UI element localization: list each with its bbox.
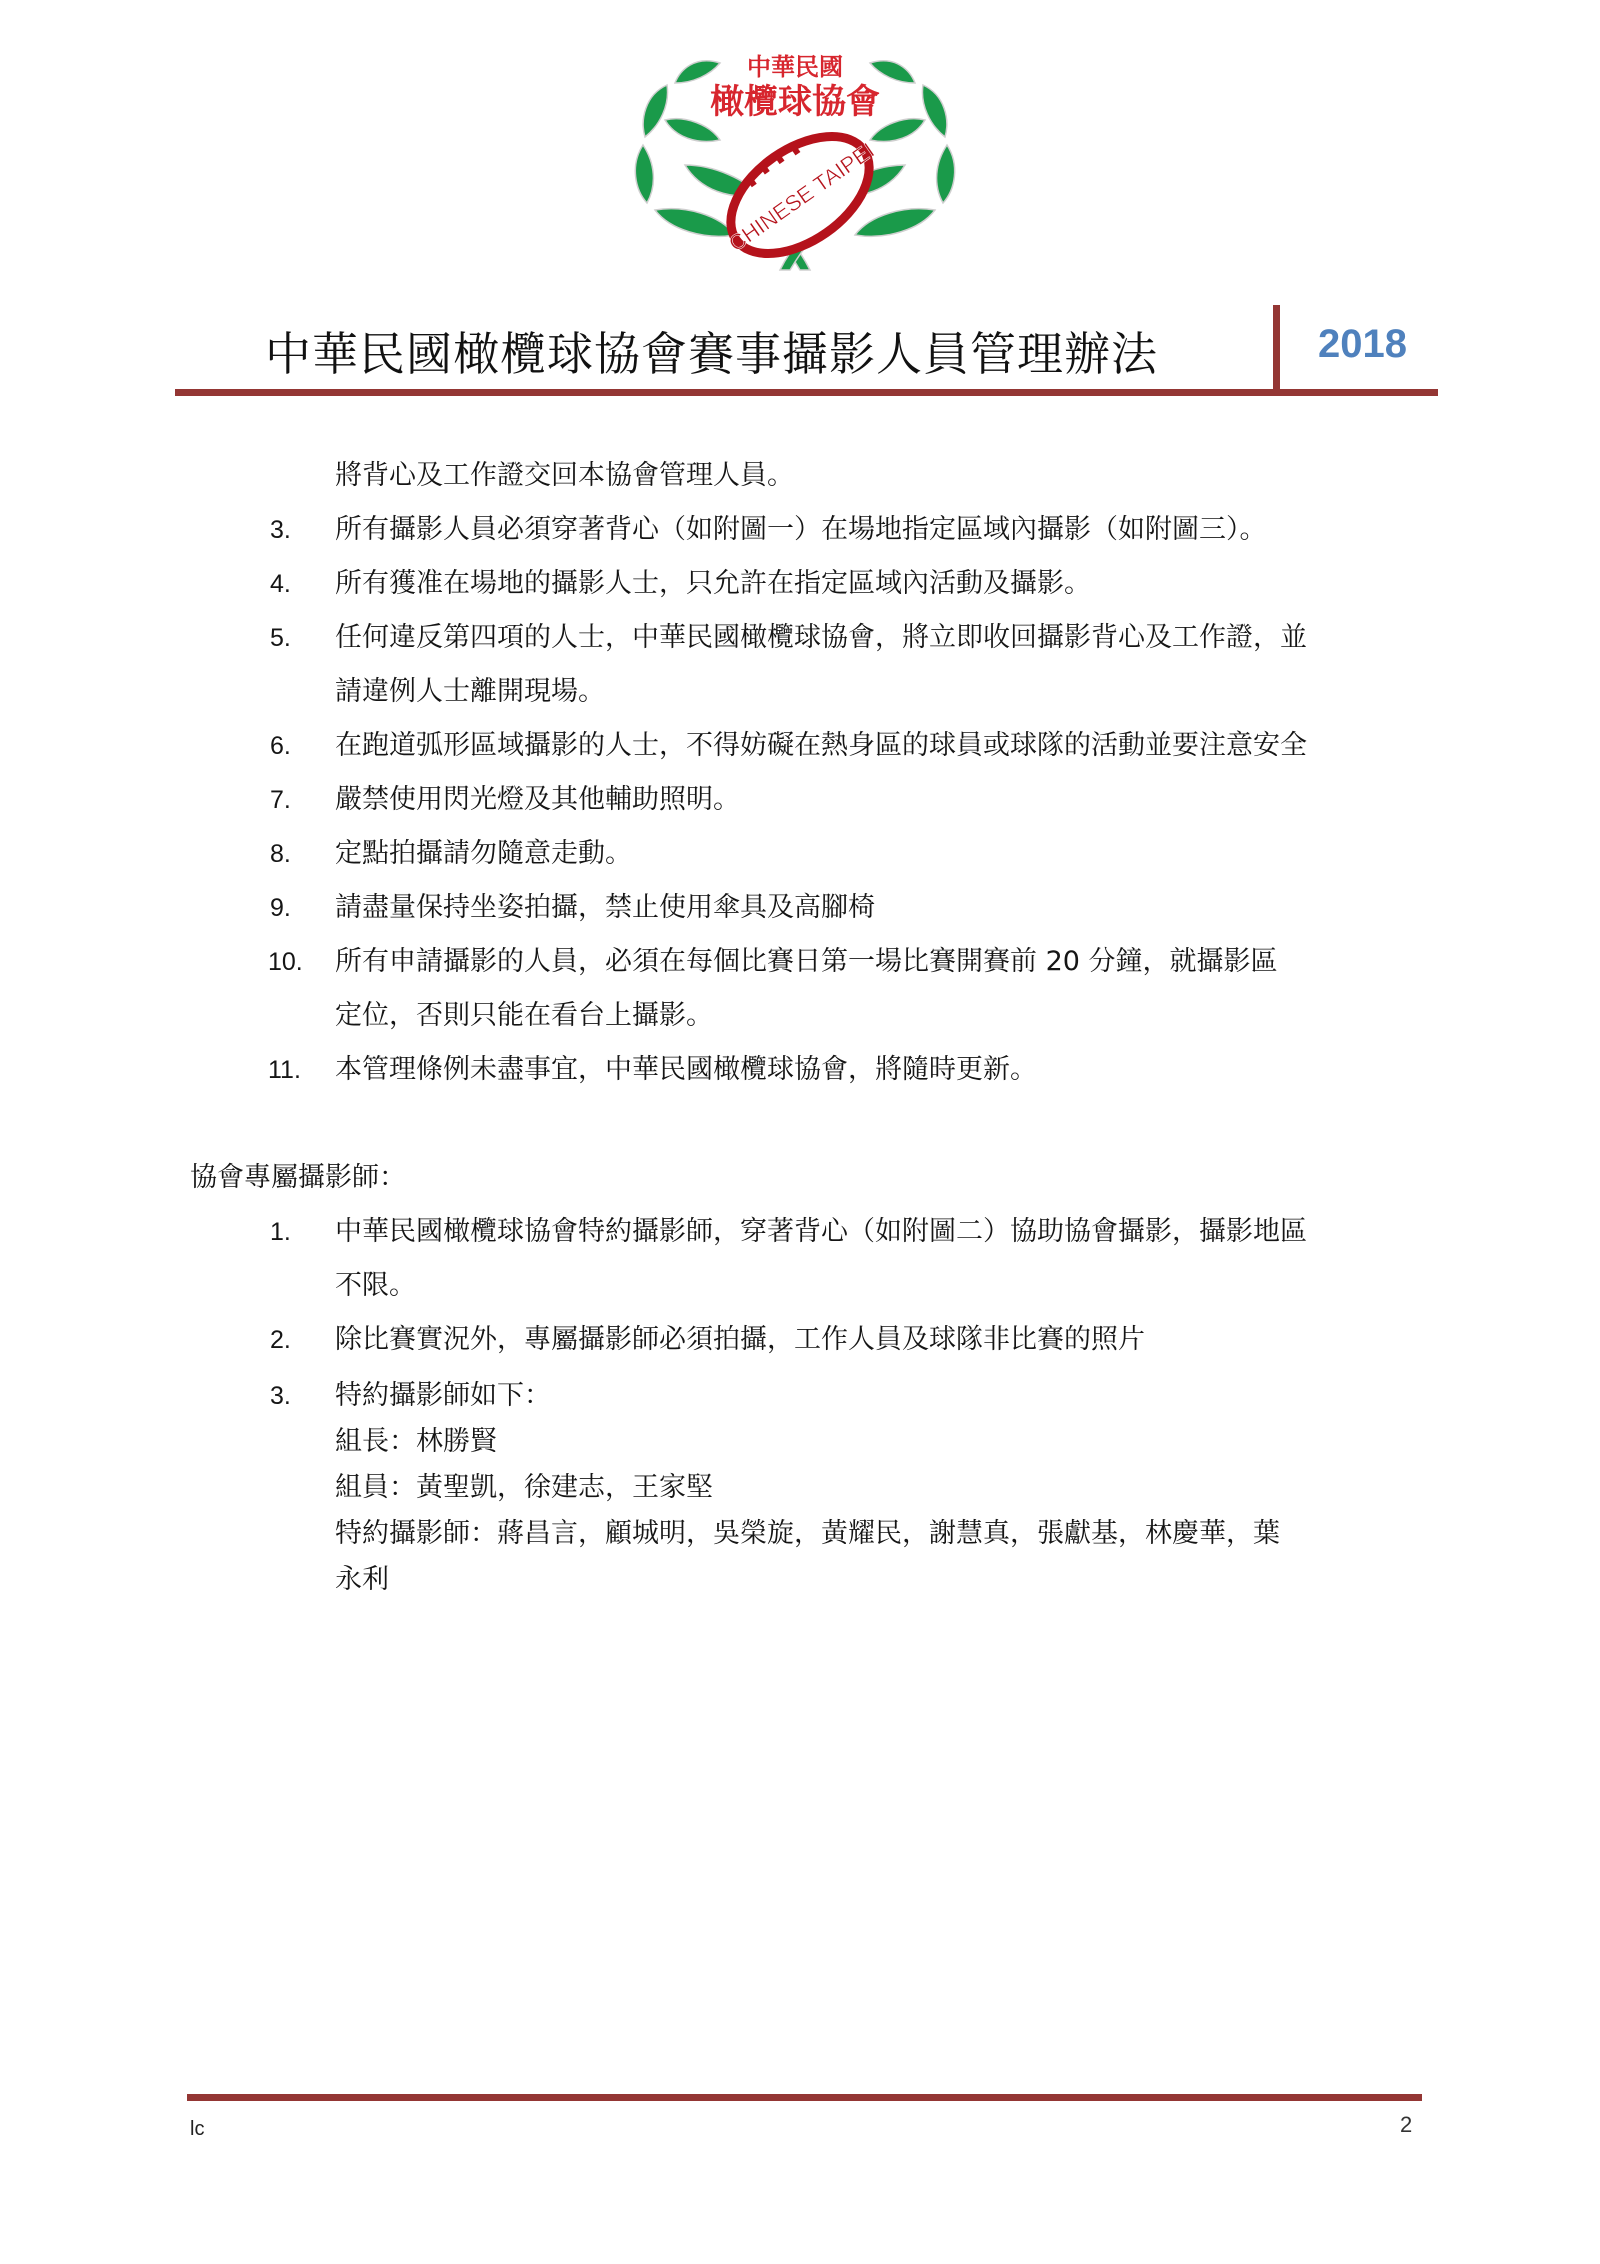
rule-number: 7. [270, 782, 291, 818]
rule-text: 定點拍攝請勿隨意走動。 [335, 836, 632, 872]
laurel-rugby-ball-icon: CHINESE TAIPEI 中華民國 橄欖球協會 [625, 45, 965, 275]
rule-text: 所有申請攝影的人員，必須在每個比賽日第一場比賽開賽前 20 分鐘，就攝影區 [335, 944, 1278, 980]
svg-text:橄欖球協會: 橄欖球協會 [710, 82, 880, 122]
header-divider [1273, 305, 1280, 395]
document-title: 中華民國橄欖球協會賽事攝影人員管理辦法 [265, 318, 1158, 384]
contract-photographers: 特約攝影師：蔣昌言，顧城明，吳榮旋，黃耀民，謝慧真，張獻基，林慶華，葉 [335, 1516, 1280, 1552]
header-rule [175, 389, 1438, 396]
svg-text:中華民國: 中華民國 [747, 53, 843, 81]
item-text: 不限。 [335, 1268, 416, 1304]
item-number: 2. [270, 1322, 291, 1358]
rule-continuation: 將背心及工作證交回本協會管理人員。 [335, 458, 794, 494]
rule-text: 定位，否則只能在看台上攝影。 [335, 998, 713, 1034]
rule-text: 本管理條例未盡事宜，中華民國橄欖球協會，將隨時更新。 [335, 1052, 1037, 1088]
association-logo: CHINESE TAIPEI 中華民國 橄欖球協會 [625, 45, 965, 275]
section-heading: 協會專屬攝影師： [190, 1160, 406, 1196]
team-leader: 組長：林勝賢 [335, 1424, 497, 1460]
rule-text: 請盡量保持坐姿拍攝，禁止使用傘具及高腳椅 [335, 890, 875, 926]
footer-label: lc [190, 2118, 204, 2141]
rule-number: 4. [270, 566, 291, 602]
page-number: 2 [1400, 2112, 1412, 2138]
rule-text: 請違例人士離開現場。 [335, 674, 605, 710]
rule-text: 所有攝影人員必須穿著背心（如附圖一）在場地指定區域內攝影（如附圖三）。 [335, 512, 1267, 548]
item-number: 3. [270, 1378, 291, 1414]
rule-number: 9. [270, 890, 291, 926]
item-text: 特約攝影師如下： [335, 1378, 551, 1414]
rule-text: 在跑道弧形區域攝影的人士，不得妨礙在熱身區的球員或球隊的活動並要注意安全 [335, 728, 1307, 764]
rule-text: 所有獲准在場地的攝影人士，只允許在指定區域內活動及攝影。 [335, 566, 1091, 602]
rule-text: 嚴禁使用閃光燈及其他輔助照明。 [335, 782, 740, 818]
rule-number: 8. [270, 836, 291, 872]
rule-number: 10. [268, 944, 303, 980]
item-number: 1. [270, 1214, 291, 1250]
item-text: 中華民國橄欖球協會特約攝影師，穿著背心（如附圖二）協助協會攝影，攝影地區 [335, 1214, 1307, 1250]
team-members: 組員：黃聖凱，徐建志，王家堅 [335, 1470, 713, 1506]
rule-number: 3. [270, 512, 291, 548]
rule-text: 任何違反第四項的人士，中華民國橄欖球協會，將立即收回攝影背心及工作證，並 [335, 620, 1307, 656]
rule-number: 5. [270, 620, 291, 656]
item-text: 除比賽實況外，專屬攝影師必須拍攝，工作人員及球隊非比賽的照片 [335, 1322, 1145, 1358]
contract-photographers-cont: 永利 [335, 1562, 389, 1598]
footer-rule [187, 2094, 1422, 2101]
rule-number: 6. [270, 728, 291, 764]
rule-number: 11. [268, 1052, 301, 1088]
document-year: 2018 [1318, 322, 1407, 367]
